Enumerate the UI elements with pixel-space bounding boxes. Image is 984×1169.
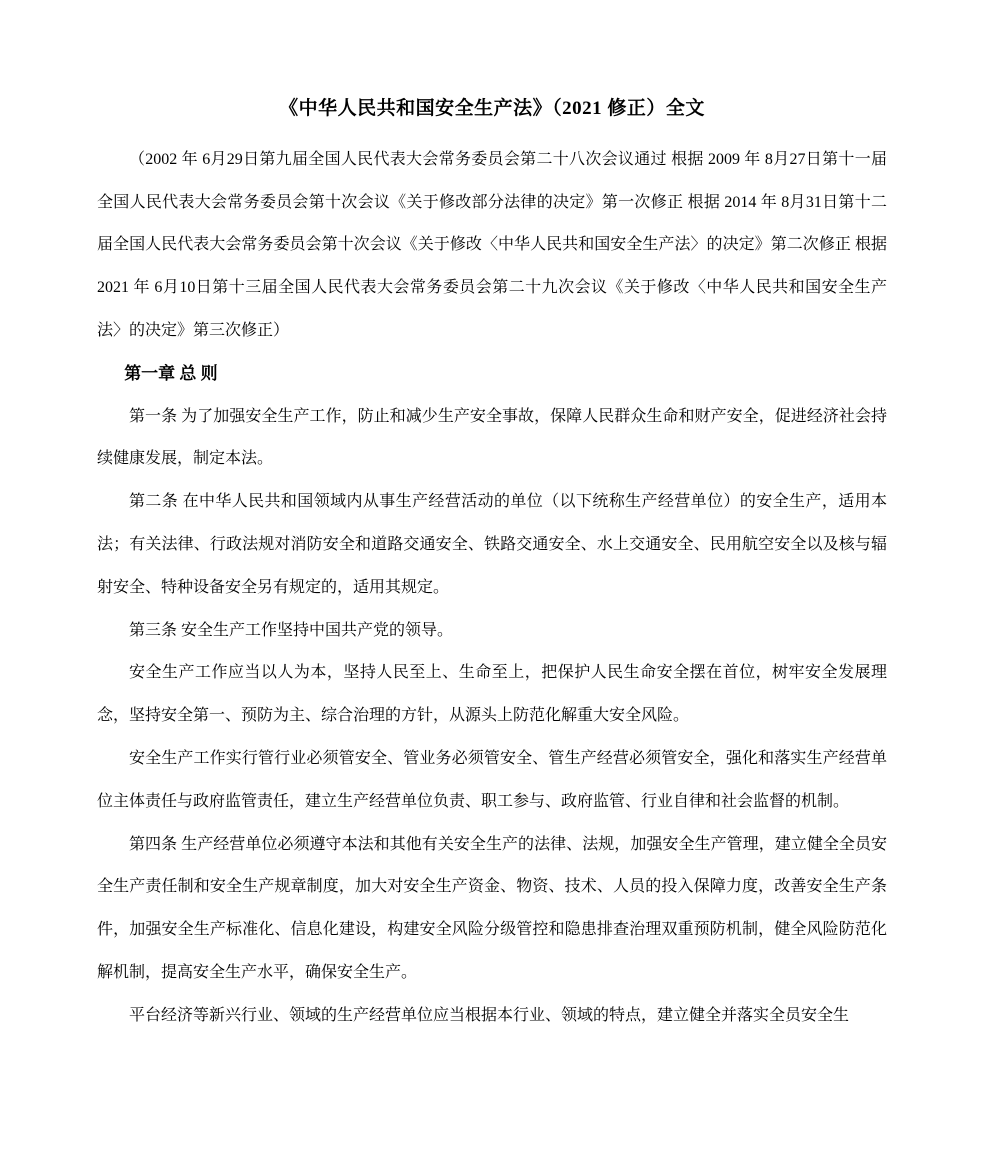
article-4-paragraph: 第四条 生产经营单位必须遵守本法和其他有关安全生产的法律、法规，加强安全生产管理…	[97, 824, 887, 995]
article-3-clause-2-paragraph: 安全生产工作应当以人为本，坚持人民至上、生命至上，把保护人民生命安全摆在首位，树…	[97, 652, 887, 738]
article-2-paragraph: 第二条 在中华人民共和国领域内从事生产经营活动的单位（以下统称生产经营单位）的安…	[97, 481, 887, 609]
doc-title: 《中华人民共和国安全生产法》（2021 修正）全文	[97, 88, 887, 131]
article-1-paragraph: 第一条 为了加强安全生产工作，防止和减少生产安全事故，保障人民群众生命和财产安全…	[97, 396, 887, 482]
document-page: 《中华人民共和国安全生产法》（2021 修正）全文 （2002 年 6月29日第…	[0, 0, 984, 1169]
article-4-clause-2-paragraph-clipped: 平台经济等新兴行业、领域的生产经营单位应当根据本行业、领域的特点，建立健全并落实…	[97, 995, 887, 1038]
article-3-paragraph: 第三条 安全生产工作坚持中国共产党的领导。	[97, 610, 887, 653]
article-3-clause-3-paragraph: 安全生产工作实行管行业必须管安全、管业务必须管安全、管生产经营必须管安全，强化和…	[97, 738, 887, 824]
chapter-heading: 第一章 总 则	[97, 353, 887, 396]
preamble-paragraph: （2002 年 6月29日第九届全国人民代表大会常务委员会第二十八次会议通过 根…	[97, 139, 887, 353]
